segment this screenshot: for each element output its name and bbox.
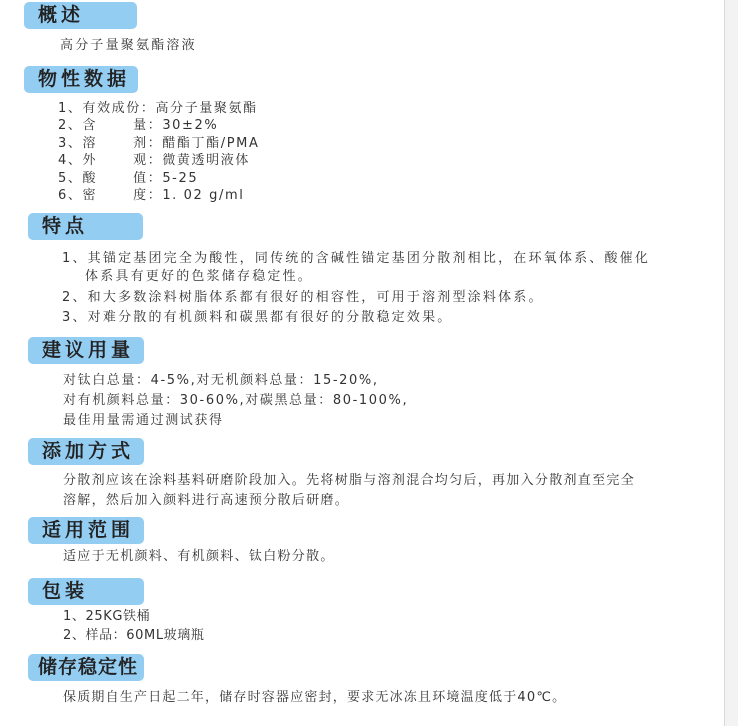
section-header-addition: 添加方式 [28, 438, 144, 465]
item-number: 6、 [58, 188, 82, 203]
property-value: 醋酯丁酯/PMA [162, 136, 259, 151]
property-label: 酸 [82, 171, 97, 186]
property-value: 高分子量聚氨酯 [156, 101, 258, 116]
section-header-overview: 概述 [24, 2, 137, 29]
section-header-properties: 物性数据 [24, 66, 138, 93]
property-label: 密 [82, 188, 97, 203]
section-title-overview: 概述 [38, 4, 84, 26]
property-label: 剂 [133, 136, 148, 151]
property-label: 外 [82, 153, 97, 168]
section-title-properties: 物性数据 [38, 68, 130, 90]
separator: ： [148, 153, 163, 168]
property-label: 观 [133, 153, 148, 168]
section-title-scope: 适用范围 [42, 519, 134, 541]
item-number: 3、 [58, 136, 82, 151]
section-title-features: 特点 [42, 215, 88, 237]
property-label: 度 [133, 188, 148, 203]
separator: ： [148, 171, 163, 186]
property-label: 值 [133, 171, 148, 186]
addition-line: 分散剂应该在涂料基料研磨阶段加入。先将树脂与溶剂混合均匀后，再加入分散剂直至完全 [63, 472, 635, 490]
section-header-scope: 适用范围 [28, 517, 144, 544]
addition-line: 溶解，然后加入颜料进行高速预分散后研磨。 [63, 492, 349, 510]
separator: ： [148, 136, 163, 151]
property-item: 1、有效成份：高分子量聚氨酯 [58, 100, 258, 118]
section-title-packaging: 包装 [42, 580, 88, 602]
dosage-line: 对有机颜料总量：30-60%,对碳黑总量：80-100%, [63, 392, 408, 410]
packaging-line: 1、25KG铁桶 [63, 608, 150, 626]
section-header-storage: 储存稳定性 [28, 654, 144, 681]
section-title-storage: 储存稳定性 [38, 656, 138, 678]
page-right-edge [724, 0, 738, 726]
item-number: 5、 [58, 171, 82, 186]
property-item: 3、溶剂：醋酯丁酯/PMA [58, 135, 259, 153]
property-label: 溶 [82, 136, 97, 151]
property-value: 微黄透明液体 [162, 153, 250, 168]
separator: ： [148, 118, 163, 133]
property-item: 6、密度：1. 02 g/ml [58, 187, 244, 205]
property-label: 含 [82, 118, 97, 133]
property-label: 有效成份 [82, 101, 140, 116]
feature-item-continuation: 体系具有更好的色浆储存稳定性。 [85, 268, 313, 286]
section-title-addition: 添加方式 [42, 440, 134, 462]
property-item: 2、含量：30±2% [58, 117, 218, 135]
property-item: 5、酸值：5-25 [58, 170, 198, 188]
overview-text: 高分子量聚氨酯溶液 [60, 37, 197, 55]
property-value: 5-25 [162, 171, 198, 186]
packaging-line: 2、样品：60ML玻璃瓶 [63, 627, 204, 645]
feature-item: 3、对难分散的有机颜料和碳黑都有很好的分散稳定效果。 [62, 309, 452, 327]
section-title-dosage: 建议用量 [42, 339, 134, 361]
storage-text: 保质期自生产日起二年，储存时容器应密封，要求无冰冻且环境温度低于40℃。 [63, 689, 566, 707]
feature-item: 1、其锚定基团完全为酸性，同传统的含碱性锚定基团分散剂相比，在环氧体系、酸催化 [62, 250, 650, 268]
dosage-line: 最佳用量需通过测试获得 [63, 412, 224, 430]
property-value: 30±2% [162, 118, 218, 133]
separator: ： [148, 188, 163, 203]
dosage-line: 对钛白总量：4-5%,对无机颜料总量：15-20%, [63, 372, 379, 390]
feature-item: 2、和大多数涂料树脂体系都有很好的相容性，可用于溶剂型涂料体系。 [62, 289, 544, 307]
property-value: 1. 02 g/ml [162, 188, 244, 203]
property-label: 量 [133, 118, 148, 133]
scope-text: 适应于无机颜料、有机颜料、钛白粉分散。 [63, 548, 335, 566]
separator: ： [141, 101, 156, 116]
section-header-dosage: 建议用量 [28, 337, 144, 364]
section-header-features: 特点 [28, 213, 143, 240]
section-header-packaging: 包装 [28, 578, 144, 605]
item-number: 2、 [58, 118, 82, 133]
item-number: 1、 [58, 101, 82, 116]
property-item: 4、外观：微黄透明液体 [58, 152, 250, 170]
item-number: 4、 [58, 153, 82, 168]
